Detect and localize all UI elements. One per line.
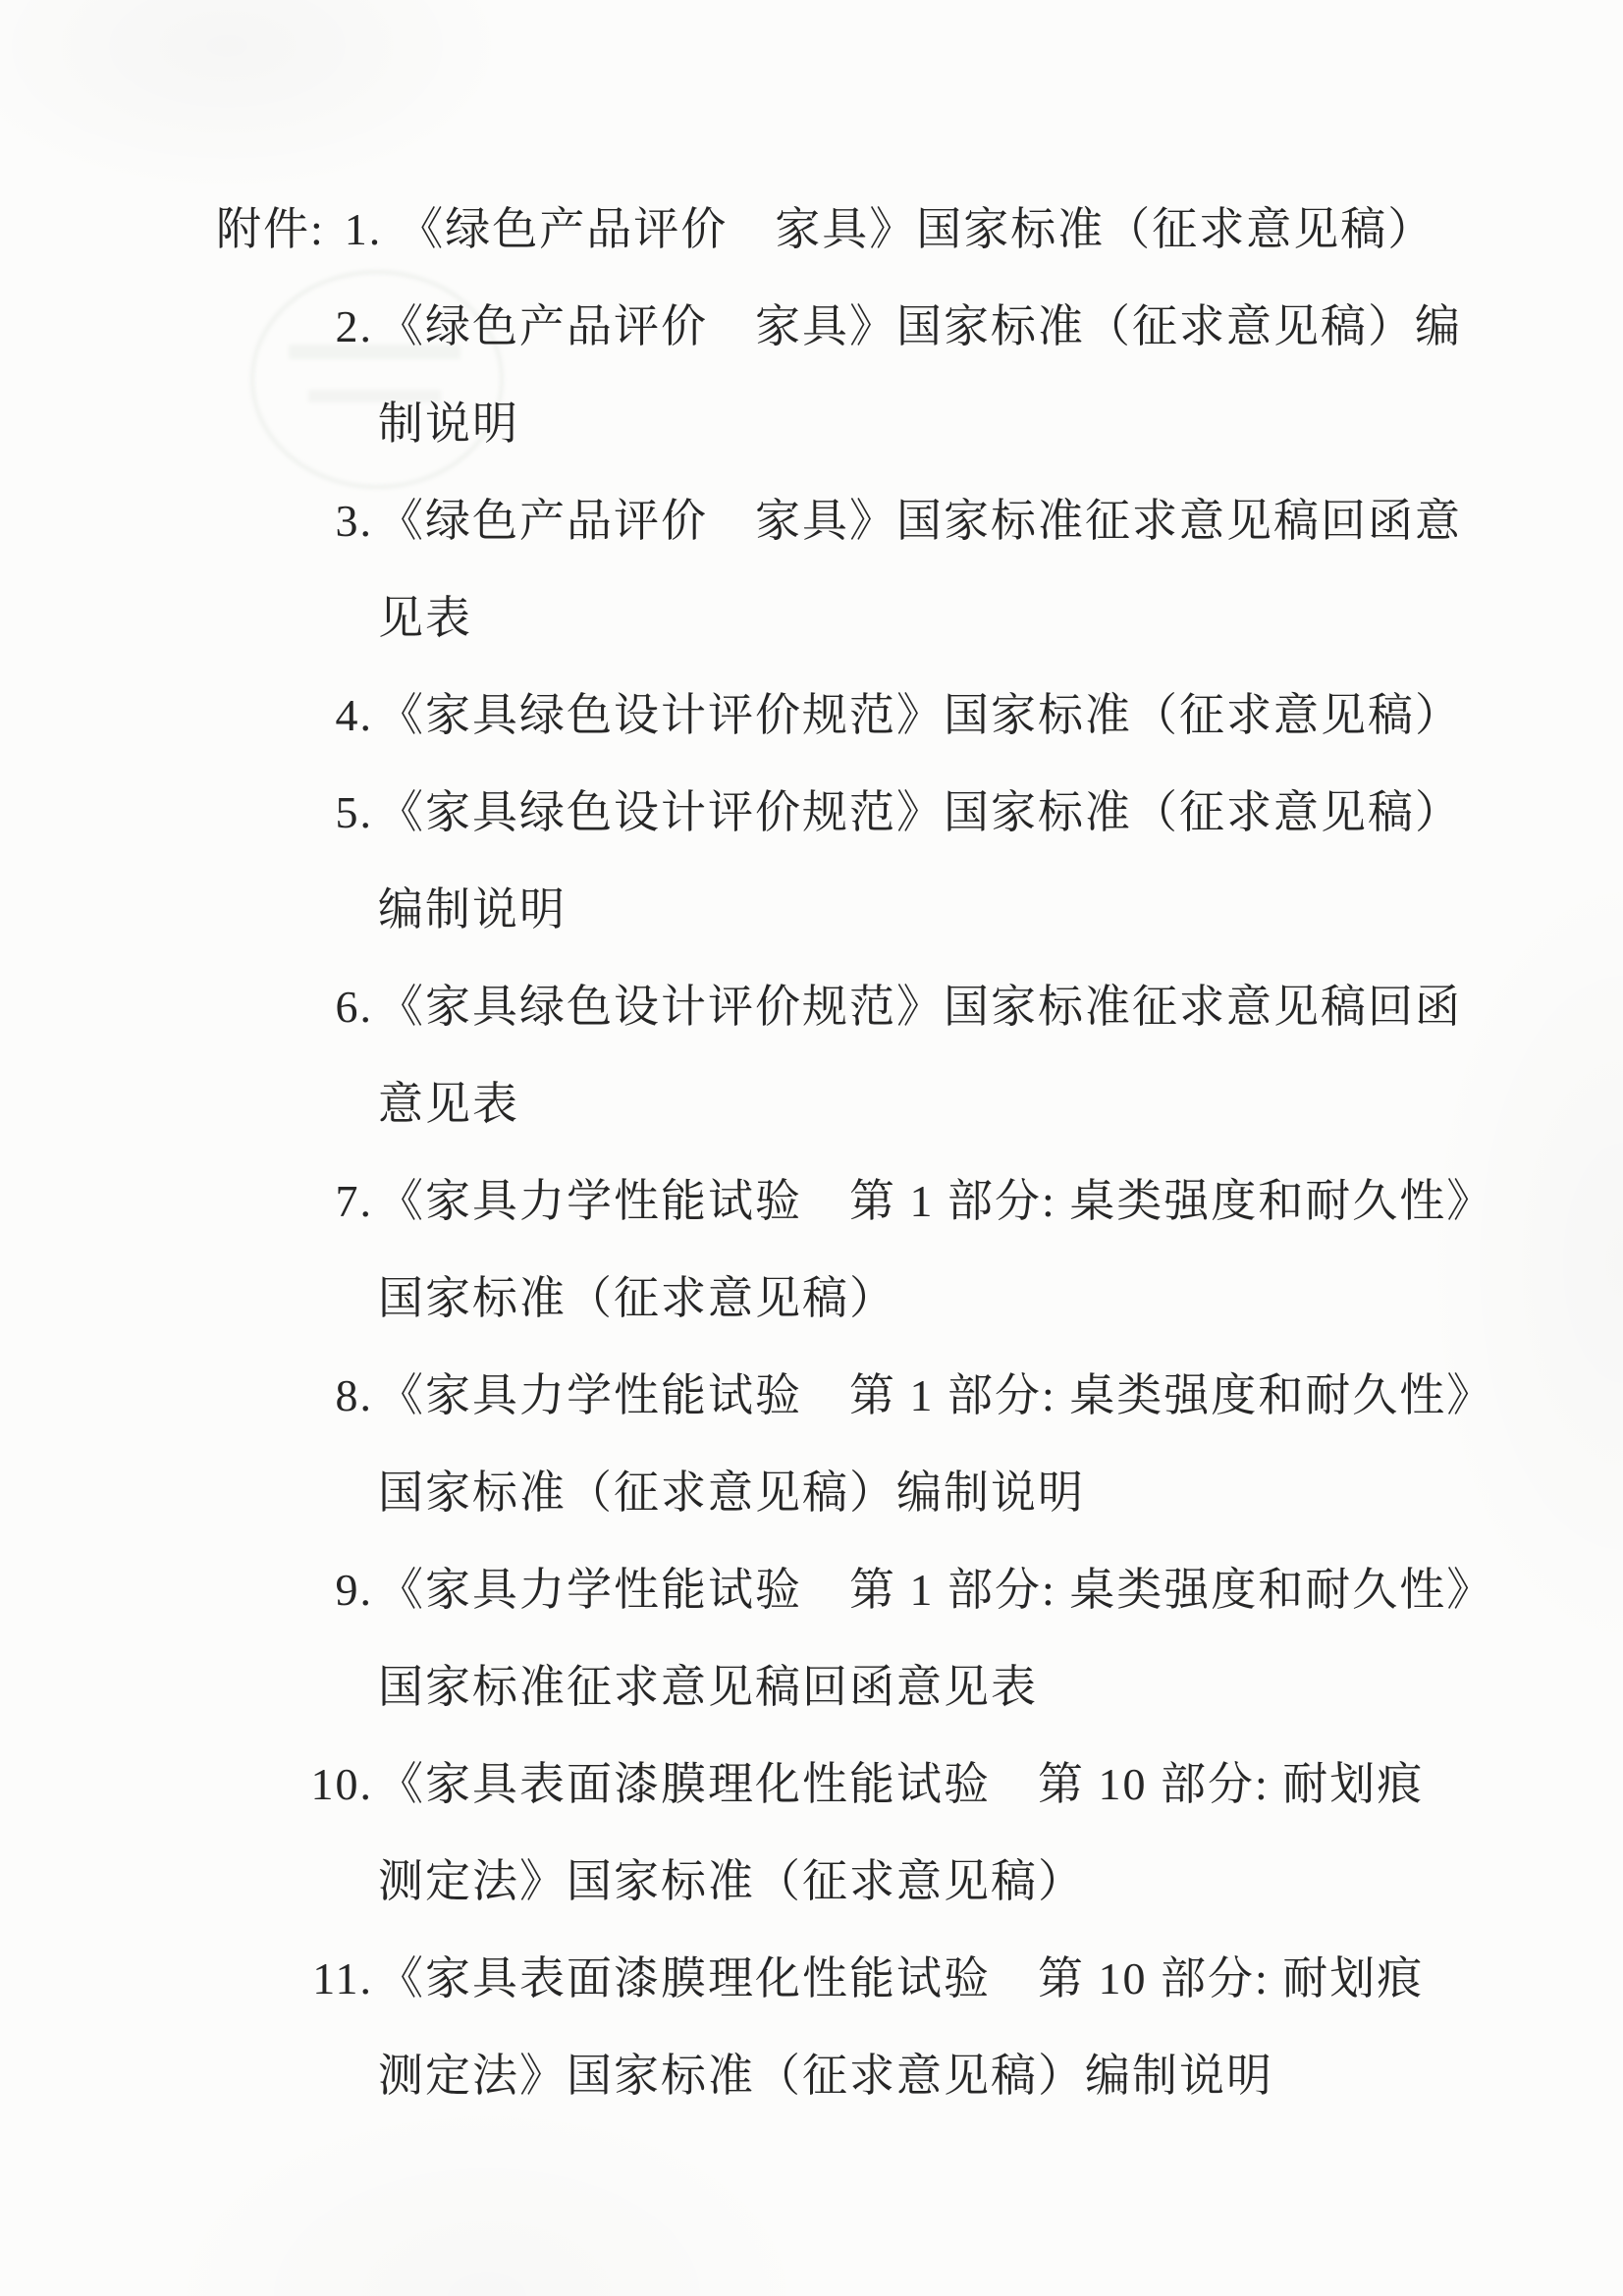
- text-line: 《家具绿色设计评价规范》国家标准（征求意见稿）: [378, 764, 1512, 861]
- attachment-item-number: 1.: [345, 181, 383, 278]
- attachment-item-number: 9.: [270, 1541, 373, 1638]
- text-line: 《家具力学性能试验 第 1 部分: 桌类强度和耐久性》: [378, 1347, 1512, 1444]
- attachment-item-number: 11.: [270, 1930, 373, 2027]
- attachment-label: 附件:: [216, 181, 325, 278]
- attachment-item-text: 《家具表面漆膜理化性能试验 第 10 部分: 耐划痕测定法》国家标准（征求意见稿…: [378, 1930, 1512, 2124]
- attachment-item-text: 《家具绿色设计评价规范》国家标准征求意见稿回函意见表: [378, 958, 1512, 1152]
- attachment-item-number: 2.: [270, 278, 373, 375]
- text-line: 测定法》国家标准（征求意见稿）编制说明: [378, 2027, 1512, 2124]
- attachment-item-text: 《家具力学性能试验 第 1 部分: 桌类强度和耐久性》国家标准（征求意见稿）编制…: [378, 1347, 1512, 1541]
- text-line: 《家具力学性能试验 第 1 部分: 桌类强度和耐久性》: [378, 1541, 1512, 1638]
- attachment-item: 3.《绿色产品评价 家具》国家标准征求意见稿回函意见表: [216, 472, 1512, 667]
- attachment-item-number: 4.: [270, 667, 373, 764]
- attachment-item-text: 《家具表面漆膜理化性能试验 第 10 部分: 耐划痕测定法》国家标准（征求意见稿…: [378, 1735, 1512, 1930]
- attachment-item-number: 8.: [270, 1347, 373, 1444]
- attachment-item-text: 《家具力学性能试验 第 1 部分: 桌类强度和耐久性》国家标准（征求意见稿）: [378, 1152, 1512, 1347]
- attachment-item: 4.《家具绿色设计评价规范》国家标准（征求意见稿）: [216, 667, 1512, 764]
- attachment-list: 附件:1.《绿色产品评价 家具》国家标准（征求意见稿）2.《绿色产品评价 家具》…: [216, 181, 1512, 2124]
- text-line: 《绿色产品评价 家具》国家标准征求意见稿回函意: [378, 472, 1512, 569]
- attachment-item-number: 7.: [270, 1152, 373, 1250]
- attachment-item: 11.《家具表面漆膜理化性能试验 第 10 部分: 耐划痕测定法》国家标准（征求…: [216, 1930, 1512, 2124]
- text-line: 《家具绿色设计评价规范》国家标准征求意见稿回函: [378, 958, 1512, 1055]
- attachment-item-text: 《家具绿色设计评价规范》国家标准（征求意见稿）: [378, 667, 1512, 764]
- attachment-item-text: 《家具绿色设计评价规范》国家标准（征求意见稿）编制说明: [378, 764, 1512, 958]
- text-line: 《绿色产品评价 家具》国家标准（征求意见稿）编: [378, 278, 1512, 375]
- text-line: 《家具绿色设计评价规范》国家标准（征求意见稿）: [378, 667, 1512, 764]
- text-line: 编制说明: [378, 861, 1512, 958]
- text-line: 《家具表面漆膜理化性能试验 第 10 部分: 耐划痕: [378, 1930, 1512, 2027]
- attachment-item: 7.《家具力学性能试验 第 1 部分: 桌类强度和耐久性》国家标准（征求意见稿）: [216, 1152, 1512, 1347]
- attachment-item-text: 《绿色产品评价 家具》国家标准征求意见稿回函意见表: [378, 472, 1512, 667]
- attachment-item-text: 《家具力学性能试验 第 1 部分: 桌类强度和耐久性》国家标准征求意见稿回函意见…: [378, 1541, 1512, 1735]
- attachment-item-number: 5.: [270, 764, 373, 861]
- attachment-item-text: 《绿色产品评价 家具》国家标准（征求意见稿）编制说明: [378, 278, 1512, 472]
- text-line: 意见表: [378, 1055, 1512, 1152]
- text-line: 制说明: [378, 375, 1512, 472]
- attachment-item: 10.《家具表面漆膜理化性能试验 第 10 部分: 耐划痕测定法》国家标准（征求…: [216, 1735, 1512, 1930]
- text-line: 测定法》国家标准（征求意见稿）: [378, 1833, 1512, 1930]
- attachment-items: 附件:1.《绿色产品评价 家具》国家标准（征求意见稿）2.《绿色产品评价 家具》…: [216, 181, 1512, 2124]
- attachment-item-number: 10.: [270, 1735, 373, 1833]
- attachment-item-number: 6.: [270, 958, 373, 1055]
- text-line: 国家标准（征求意见稿）: [378, 1250, 1512, 1347]
- attachment-item: 8.《家具力学性能试验 第 1 部分: 桌类强度和耐久性》国家标准（征求意见稿）…: [216, 1347, 1512, 1541]
- attachment-item: 6.《家具绿色设计评价规范》国家标准征求意见稿回函意见表: [216, 958, 1512, 1152]
- attachment-item: 附件:1.《绿色产品评价 家具》国家标准（征求意见稿）: [216, 181, 1512, 278]
- text-line: 《绿色产品评价 家具》国家标准（征求意见稿）: [398, 181, 1434, 278]
- attachment-item-number: 3.: [270, 472, 373, 569]
- text-line: 国家标准（征求意见稿）编制说明: [378, 1444, 1512, 1541]
- attachment-item: 9.《家具力学性能试验 第 1 部分: 桌类强度和耐久性》国家标准征求意见稿回函…: [216, 1541, 1512, 1735]
- text-line: 《家具力学性能试验 第 1 部分: 桌类强度和耐久性》: [378, 1152, 1512, 1250]
- text-line: 《家具表面漆膜理化性能试验 第 10 部分: 耐划痕: [378, 1735, 1512, 1833]
- scanned-document-page: 附件:1.《绿色产品评价 家具》国家标准（征求意见稿）2.《绿色产品评价 家具》…: [0, 0, 1623, 2296]
- text-line: 国家标准征求意见稿回函意见表: [378, 1638, 1512, 1735]
- attachment-item-text: 《绿色产品评价 家具》国家标准（征求意见稿）: [398, 181, 1434, 278]
- attachment-item: 5.《家具绿色设计评价规范》国家标准（征求意见稿）编制说明: [216, 764, 1512, 958]
- text-line: 见表: [378, 569, 1512, 667]
- attachment-item: 2.《绿色产品评价 家具》国家标准（征求意见稿）编制说明: [216, 278, 1512, 472]
